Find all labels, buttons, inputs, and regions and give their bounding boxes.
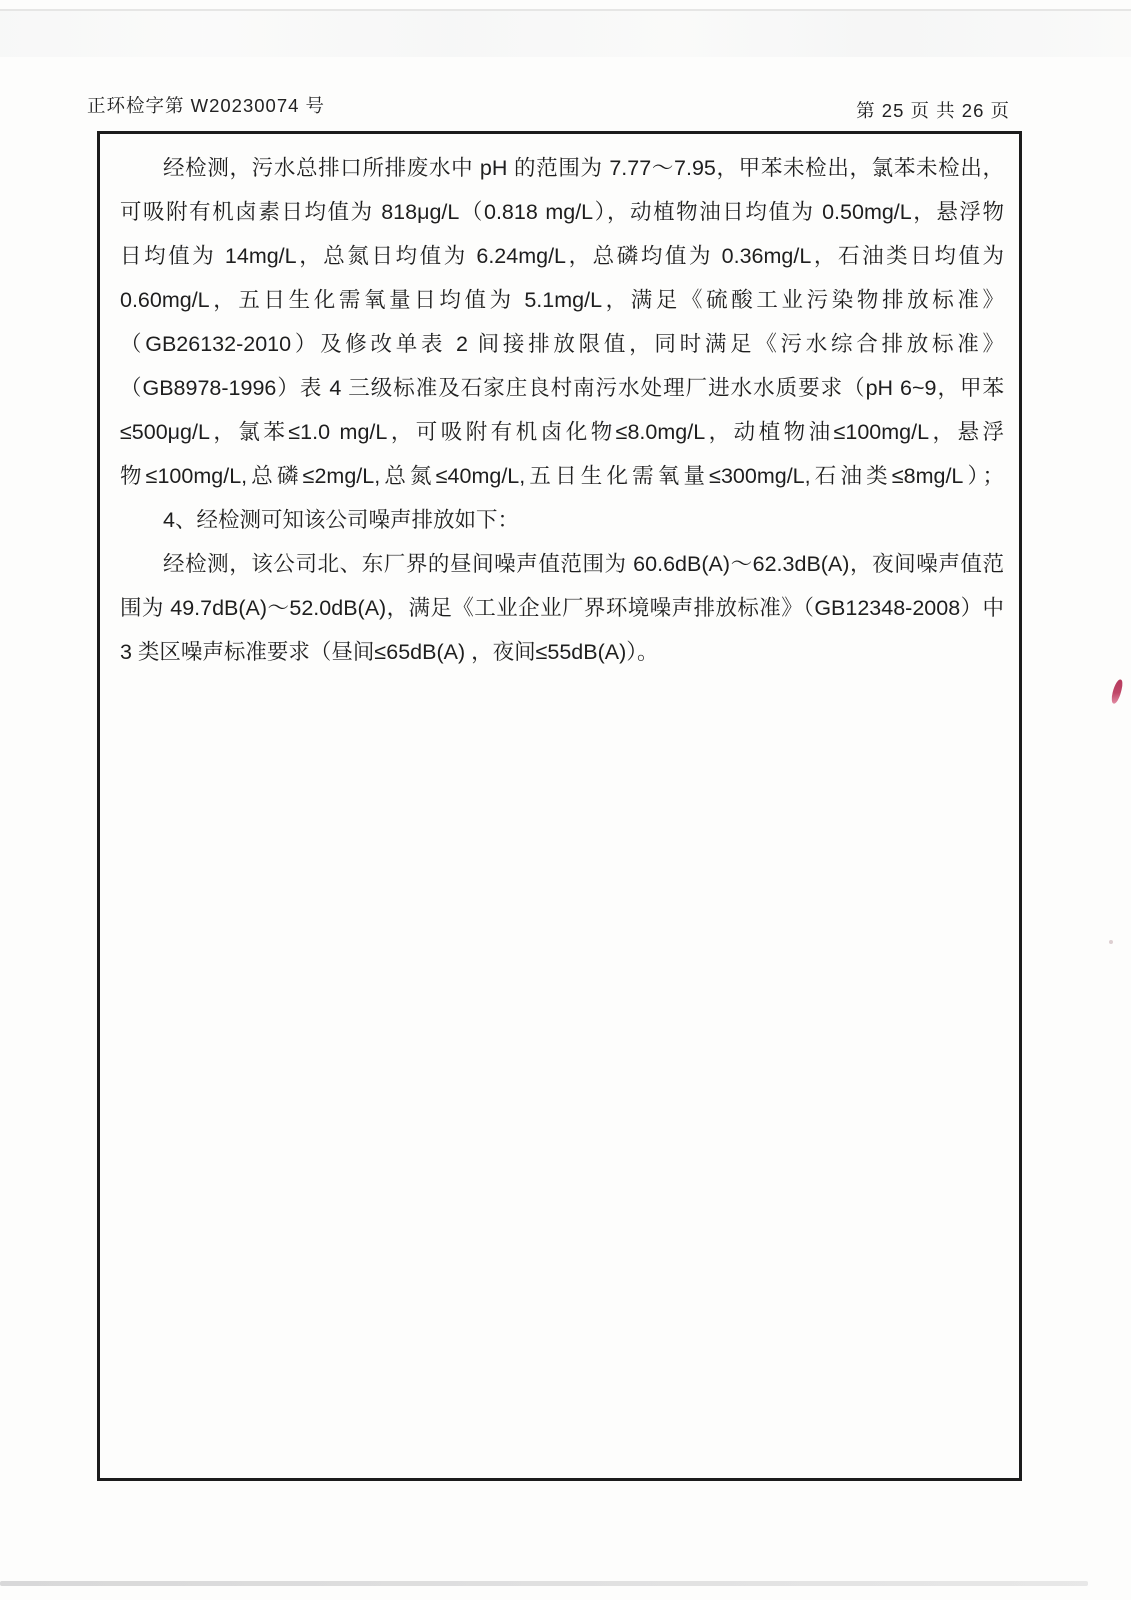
body-line: （GB8978-1996）表 4 三级标准及石家庄良村南污水处理厂进水水质要求（…	[120, 366, 1004, 410]
scan-artifact-top-band	[0, 11, 1131, 57]
red-pen-mark	[1110, 678, 1124, 704]
body-line: 0.60mg/L，五日生化需氧量日均值为 5.1mg/L，满足《硫酸工业污染物排…	[120, 278, 1004, 322]
scan-artifact-bottom-band	[0, 1581, 1088, 1586]
body-line: 物≤100mg/L,总磷≤2mg/L,总氮≤40mg/L,五日生化需氧量≤300…	[120, 454, 1004, 498]
body-line: 3 类区噪声标准要求（昼间≤65dB(A) ，夜间≤55dB(A)）。	[120, 630, 1004, 674]
document-page: 正环检字第 W20230074 号 第 25 页 共 26 页 经检测，污水总排…	[0, 0, 1131, 1600]
body-line: ≤500μg/L，氯苯≤1.0 mg/L，可吸附有机卤化物≤8.0mg/L，动植…	[120, 410, 1004, 454]
body-line: 经检测，该公司北、东厂界的昼间噪声值范围为 60.6dB(A)～62.3dB(A…	[120, 542, 1004, 586]
document-number: 正环检字第 W20230074 号	[87, 92, 325, 118]
body-text: 经检测，污水总排口所排废水中 pH 的范围为 7.77～7.95，甲苯未检出，氯…	[120, 146, 1004, 674]
scan-artifact-speck	[1109, 940, 1113, 944]
body-line: 经检测，污水总排口所排废水中 pH 的范围为 7.77～7.95，甲苯未检出，氯…	[120, 146, 1004, 190]
body-line: 围为 49.7dB(A)～52.0dB(A)，满足《工业企业厂界环境噪声排放标准…	[120, 586, 1004, 630]
body-line: 日均值为 14mg/L，总氮日均值为 6.24mg/L，总磷均值为 0.36mg…	[120, 234, 1004, 278]
page-indicator: 第 25 页 共 26 页	[750, 97, 1010, 123]
body-line: （GB26132-2010）及修改单表 2 间接排放限值，同时满足《污水综合排放…	[120, 322, 1004, 366]
body-line: 可吸附有机卤素日均值为 818μg/L（0.818 mg/L），动植物油日均值为…	[120, 190, 1004, 234]
body-line: 4、经检测可知该公司噪声排放如下：	[120, 498, 1004, 542]
